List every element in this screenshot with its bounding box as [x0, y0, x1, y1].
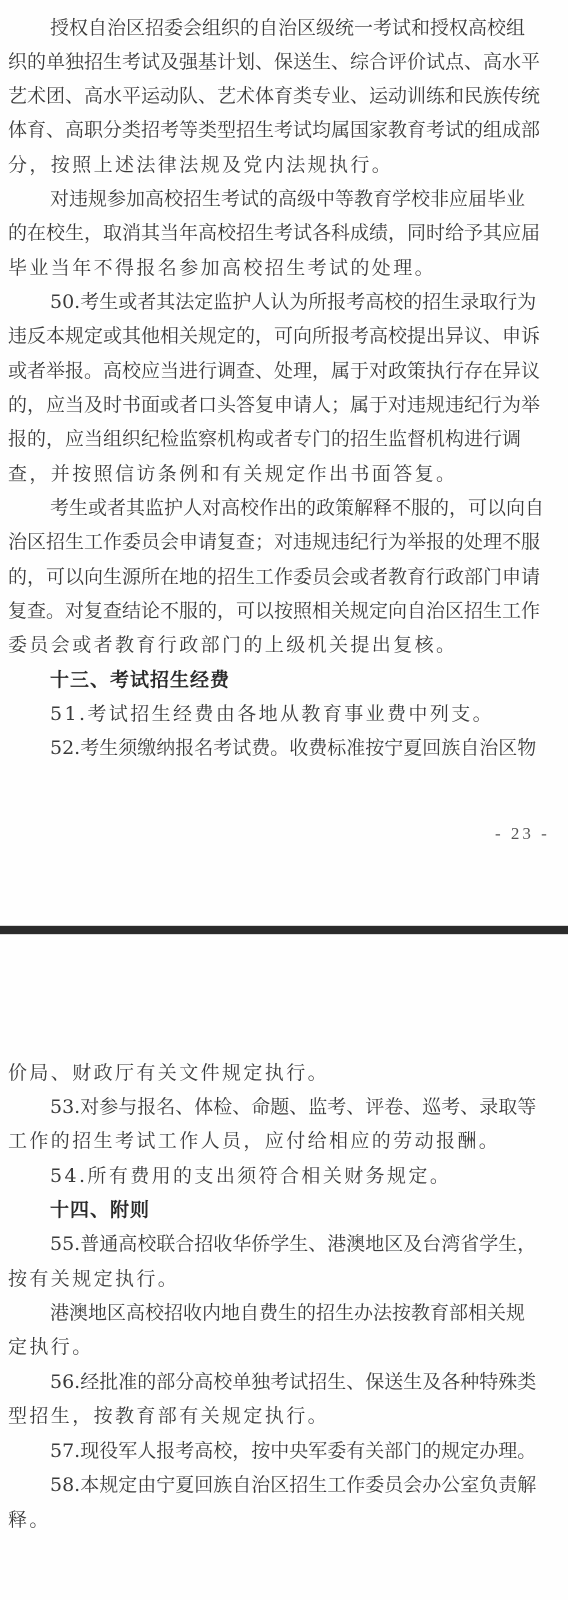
paragraph-line: 的在校生，取消其当年高校招生考试各科成绩，同时给予其应届	[8, 218, 560, 248]
paragraph-line: 委员会或者教育行政部门的上级机关提出复核。	[8, 630, 457, 660]
paragraph-line: 复查。对复查结论不服的，可以按照相关规定向自治区招生工作	[8, 596, 560, 626]
paragraph-line: 分，按照上述法律法规及党内法规执行。	[8, 150, 393, 180]
paragraph-line: 或者举报。高校应当进行调查、处理，属于对政策执行存在异议	[8, 356, 560, 386]
paragraph-line: 对违规参加高校招生考试的高级中等教育学校非应届毕业	[50, 184, 560, 214]
paragraph-line: 织的单独招生考试及强基计划、保送生、综合评价试点、高水平	[8, 47, 560, 77]
article-53-line: 53.对参与报名、体检、命题、监考、评卷、巡考、录取等	[50, 1092, 560, 1122]
paragraph-line: 港澳地区高校招收内地自费生的招生办法按教育部相关规	[50, 1298, 560, 1328]
paragraph-line: 体育、高职分类招考等类型招生考试均属国家教育考试的组成部	[8, 115, 560, 145]
page-number: - 23 -	[495, 824, 550, 844]
paragraph-line: 治区招生工作委员会申请复查；对违规违纪行为举报的处理不服	[8, 527, 560, 557]
document-page-23: 授权自治区招委会组织的自治区级统一考试和授权高校组 织的单独招生考试及强基计划、…	[0, 0, 568, 925]
paragraph-line: 的，可以向生源所在地的招生工作委员会或者教育行政部门申请	[8, 562, 560, 592]
paragraph-line: 价局、财政厅有关文件规定执行。	[8, 1058, 329, 1088]
article-56-line: 56.经批准的部分高校单独考试招生、保送生及各种特殊类	[50, 1367, 560, 1397]
document-page-24: 价局、财政厅有关文件规定执行。 53.对参与报名、体检、命题、监考、评卷、巡考、…	[0, 935, 568, 1600]
paragraph-line: 毕业当年不得报名参加高校招生考试的处理。	[8, 253, 436, 283]
article-54-line: 54.所有费用的支出须符合相关财务规定。	[50, 1161, 451, 1191]
article-55-line: 55.普通高校联合招收华侨学生、港澳地区及台湾省学生，	[50, 1229, 560, 1259]
section-heading-14: 十四、附则	[50, 1195, 150, 1225]
section-heading-13: 十三、考试招生经费	[50, 665, 230, 695]
article-50-line: 50.考生或者其法定监护人认为所报考高校的招生录取行为	[50, 287, 560, 317]
paragraph-line: 型招生，按教育部有关规定执行。	[8, 1401, 329, 1431]
article-51-line: 51.考试招生经费由各地从教育事业费中列支。	[50, 699, 494, 729]
paragraph-line: 考生或者其监护人对高校作出的政策解释不服的，可以向自	[50, 493, 560, 523]
paragraph-line: 定执行。	[8, 1332, 94, 1362]
paragraph-line: 释。	[8, 1505, 51, 1535]
article-57-line: 57.现役军人报考高校，按中央军委有关部门的规定办理。	[50, 1436, 560, 1466]
paragraph-line: 查，并按照信访条例和有关规定作出书面答复。	[8, 459, 457, 489]
article-58-line: 58.本规定由宁夏回族自治区招生工作委员会办公室负责解	[50, 1470, 560, 1500]
paragraph-line: 授权自治区招委会组织的自治区级统一考试和授权高校组	[50, 13, 560, 43]
page-divider	[0, 925, 568, 935]
paragraph-line: 的，应当及时书面或者口头答复申请人；属于对违规违纪行为举	[8, 390, 560, 420]
paragraph-line: 艺术团、高水平运动队、艺术体育类专业、运动训练和民族传统	[8, 81, 560, 111]
paragraph-line: 按有关规定执行。	[8, 1264, 179, 1294]
paragraph-line: 工作的招生考试工作人员，应付给相应的劳动报酬。	[8, 1126, 500, 1156]
article-52-line: 52.考生须缴纳报名考试费。收费标准按宁夏回族自治区物	[50, 733, 560, 763]
paragraph-line: 报的，应当组织纪检监察机构或者专门的招生监督机构进行调	[8, 424, 560, 454]
paragraph-line: 违反本规定或其他相关规定的，可向所报考高校提出异议、申诉	[8, 321, 560, 351]
